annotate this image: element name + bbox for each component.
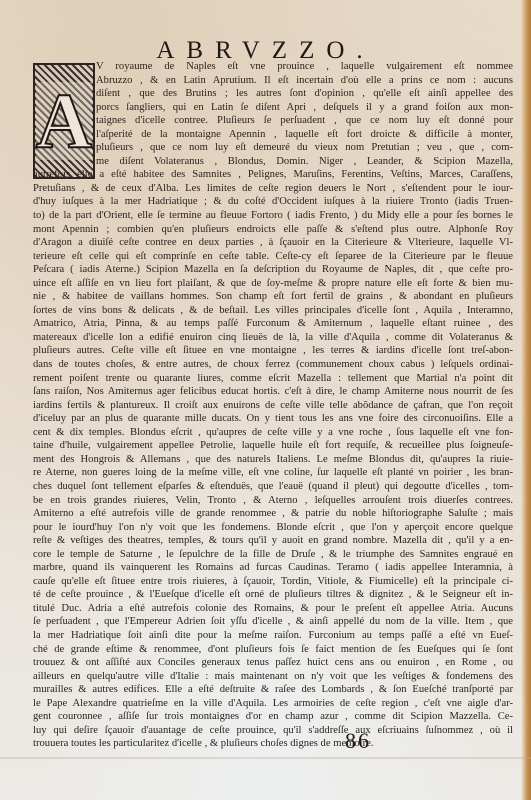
text-line: pour le iourd'huy l'on n'y voit que les … [33,521,513,535]
body-text: V royaume de Naples eſt vne prouince , l… [33,60,513,751]
text-line: ché de grande eſtime & renommee, d'ont p… [33,643,513,657]
text-line: re Aterne, non gueres loing de la meſme … [33,466,513,480]
text-line: Amiterno a eſté autrefois ville de grand… [33,507,513,521]
text-line: Pretuſians , & de ceux d'Alba. Les limit… [33,182,513,196]
text-line: dans de toutes choſes, & entre autres, d… [33,358,513,372]
text-line: pluſieurs , que ce nom luy eſt demeuré d… [33,141,513,155]
text-line: luy qui deſire ſçauoir d'auantage de ceſ… [33,724,513,738]
text-line: rement poiſent trente ou quarante liures… [33,372,513,386]
text-line: me diſent Volateranus , Blondus, Domin. … [33,155,513,169]
text-line: nie , & habitee de vaillans hommes. Son … [33,290,513,304]
text-line: murailles & autres edifices. Elle a eſté… [33,683,513,697]
text-line: ailleurs en quelqu'autre ville d'Italie … [33,670,513,684]
text-line: V royaume de Naples eſt vne prouince , l… [33,60,513,74]
text-line: d'Aragon a diuiſé ceſte contree en deux … [33,236,513,250]
text-line: Abruzzo , & en Latin Aprutium. Il eſt in… [33,74,513,88]
text-line: d'huy iuſques à la mer Hadriatique ; & d… [33,195,513,209]
text-line: trouuera toutes les particularitez d'ice… [33,737,513,751]
text-line: d'iceluy par an plus de quarante mille d… [33,412,513,426]
text-line: ment des Hongrois & Allemans , que des n… [33,453,513,467]
text-line: marbre, quand ils vainquerent les Romain… [33,561,513,575]
text-line: gent couronnee , aſſiſe ſur trois montai… [33,710,513,724]
text-line: ſe perſuadent , que l'Empereur Adrien ſo… [33,615,513,629]
text-line: be en trois grandes riuieres, Velin, Tro… [33,494,513,508]
page-edge [521,0,531,800]
text-line: terieure eſt celle qui eſt comprinſe en … [33,250,513,264]
text-line: le Pape Alexandre quatrieſme en la ville… [33,697,513,711]
text-line: uince eſt aſſiſe en vn lieu fort plaiſan… [33,277,513,291]
text-line: ches duquel ſont tellement eſparſes & eſ… [33,480,513,494]
text-line: diſent , que des Brutins ; les autres ſo… [33,87,513,101]
text-line: taine d'huile, vulgairement appellee Pet… [33,439,513,453]
text-line: titulé Duc. Adria a eſté autrefois colon… [33,602,513,616]
page-number: 86 [345,728,371,754]
text-line: cauſe qu'elle eſt ſituee entre trois riu… [33,575,513,589]
text-line: trouuez & ont aſſiſté aux Conciles gener… [33,656,513,670]
text-line: porcs ſangliers, qui en Latin ſe diſent … [33,101,513,115]
text-line: reſte & veſtiges des theatres, temples, … [33,534,513,548]
text-line: la mer Hadriatique ſoit ainſi dite pour … [33,629,513,643]
text-line: to) de la part d'Orient, elle ſe termine… [33,209,513,223]
text-line: autrefois elle a eſté habitee des Samnit… [33,168,513,182]
text-line: ſans raiſon, Nos Amiternus ager felicibu… [33,385,513,399]
book-page: ABRVZZO. A V royaume de Naples eſt vne p… [0,0,531,800]
text-line: ſortes de vins bons & delicats , & de be… [33,304,513,318]
text-line: té de ceſte prouince , & l'Eueſque d'ice… [33,588,513,602]
text-line: Peſcara ( iadis Aterne.) Scipion Mazella… [33,263,513,277]
text-line: Amatrico, Atria, Pinna, & au temps paſſé… [33,317,513,331]
text-line: taignes d'icelle contree. Pluſieurs ſe p… [33,114,513,128]
text-line: core le temple de Saturne , le ſepulchre… [33,548,513,562]
text-line: pluſieurs autres. Ceſte ville eſt ſituee… [33,344,513,358]
text-line: cent & dix temples. Blondus eſcrit , qu'… [33,426,513,440]
text-line: iardins fertils & plantureux. Il croiſt … [33,399,513,413]
text-line: l'aſperité de la montaigne Apennin , laq… [33,128,513,142]
page-fold-line [0,757,531,759]
text-line: matereaux d'icelle lon a edifié enuiron … [33,331,513,345]
text-line: mont Apennin ; combien qu'en pluſieurs e… [33,223,513,237]
